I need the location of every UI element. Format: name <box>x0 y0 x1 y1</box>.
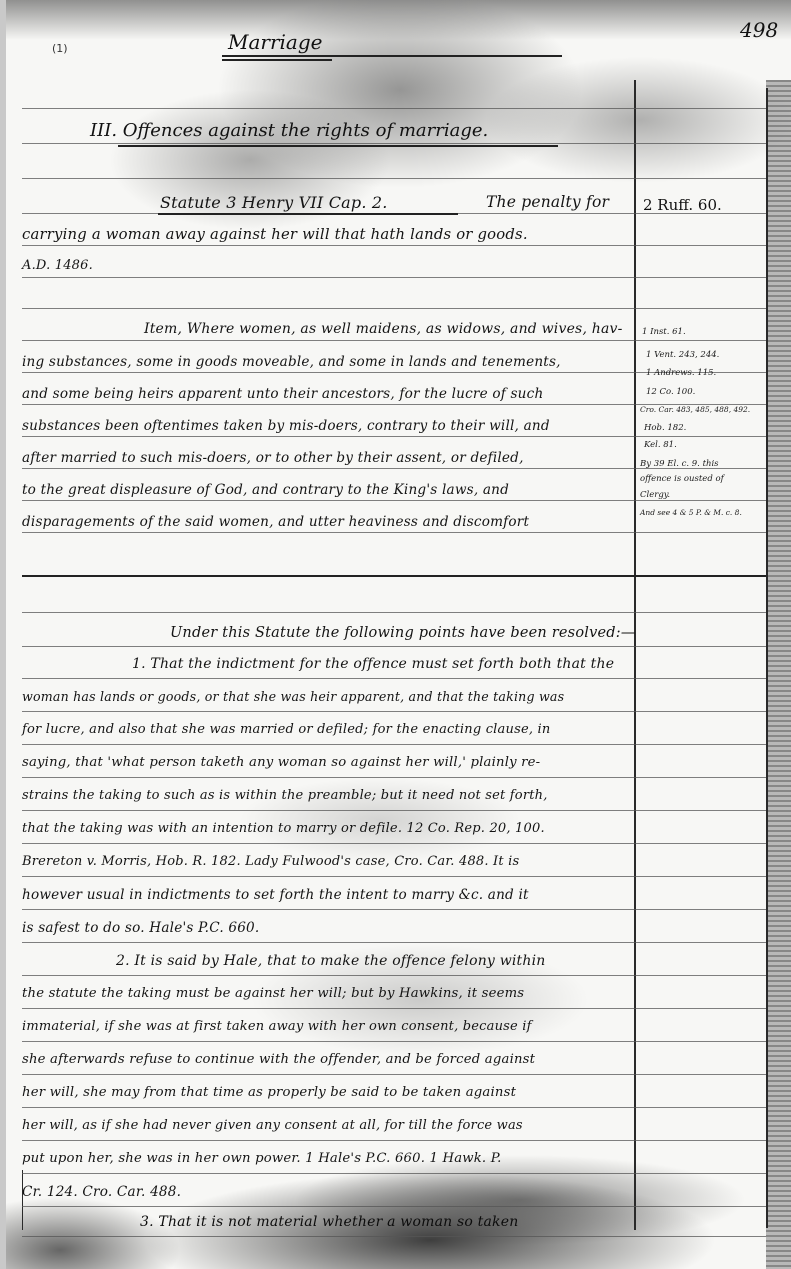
ruled-line <box>22 942 766 943</box>
margin-note: Kel. 81. <box>644 440 677 450</box>
body-line: the statute the taking must be against h… <box>22 986 524 1001</box>
statute-title: Statute 3 Henry VII Cap. 2. <box>160 193 388 212</box>
ruled-line <box>22 277 766 278</box>
page-number: 498 <box>740 18 778 42</box>
body-line: her will, she may from that time as prop… <box>22 1085 516 1100</box>
title-underline-short <box>222 59 332 61</box>
margin-citation-ruff: 2 Ruff. 60. <box>643 196 722 214</box>
ruled-line <box>22 909 766 910</box>
statute-date: A.D. 1486. <box>22 258 93 273</box>
left-margin-rule <box>22 1170 23 1230</box>
margin-note: By 39 El. c. 9. this <box>640 459 719 469</box>
scan-left-edge <box>0 0 6 1269</box>
margin-rule-left <box>634 80 636 1230</box>
ruled-line <box>22 876 766 877</box>
ruled-line <box>22 612 766 613</box>
body-line: however usual in indictments to set fort… <box>22 887 529 903</box>
body-line: Cr. 124. Cro. Car. 488. <box>22 1184 181 1200</box>
section-divider <box>22 575 766 577</box>
ruled-line <box>22 436 766 437</box>
margin-rule-right <box>766 88 768 1228</box>
body-line: woman has lands or goods, or that she wa… <box>22 689 564 704</box>
ruled-line <box>22 178 766 179</box>
ruled-line <box>22 1008 766 1009</box>
body-line: her will, as if she had never given any … <box>22 1118 523 1133</box>
page-edge-shadow <box>766 80 791 1269</box>
ruled-line <box>22 245 766 246</box>
body-line: is safest to do so. Hale's P.C. 660. <box>22 920 259 936</box>
heading-underline <box>118 145 558 147</box>
margin-note: Hob. 182. <box>644 423 686 433</box>
preamble-line: after married to such mis-doers, or to o… <box>22 450 524 466</box>
body-line: saying, that 'what person taketh any wom… <box>22 755 540 770</box>
body-line: Brereton v. Morris, Hob. R. 182. Lady Fu… <box>22 854 519 869</box>
body-line: 3. That it is not material whether a wom… <box>140 1214 518 1230</box>
margin-note: And see 4 & 5 P. & M. c. 8. <box>640 508 742 517</box>
body-line: strains the taking to such as is within … <box>22 788 548 803</box>
preamble-line: ing substances, some in goods moveable, … <box>22 354 561 370</box>
ruled-line <box>22 1074 766 1075</box>
preamble-line: substances been oftentimes taken by mis-… <box>22 418 550 434</box>
ruled-line <box>22 810 766 811</box>
ruled-line <box>22 1206 766 1207</box>
preamble-line: and some being heirs apparent unto their… <box>22 386 543 402</box>
ruled-line <box>22 1041 766 1042</box>
ruled-line <box>22 1140 766 1141</box>
body-line: for lucre, and also that she was married… <box>22 722 550 737</box>
margin-note: offence is ousted of <box>640 474 724 484</box>
manuscript-page: (1) Marriage 498 III. Offences against t… <box>0 0 791 1269</box>
statute-summary-start: The penalty for <box>486 193 609 211</box>
ruled-line <box>22 143 766 144</box>
ruled-line <box>22 1107 766 1108</box>
ruled-line <box>22 340 766 341</box>
ruled-line <box>22 1173 766 1174</box>
body-line: she afterwards refuse to continue with t… <box>22 1052 535 1067</box>
section-heading: III. Offences against the rights of marr… <box>90 120 488 141</box>
ruled-line <box>22 975 766 976</box>
ruled-line <box>22 1236 766 1237</box>
statute-summary-line2: carrying a woman away against her will t… <box>22 226 528 243</box>
statute-underline <box>158 213 458 215</box>
ruled-line <box>22 108 766 109</box>
body-line: that the taking was with an intention to… <box>22 821 545 836</box>
body-line: 2. It is said by Hale, that to make the … <box>116 953 546 969</box>
ruled-line <box>22 843 766 844</box>
margin-note: Clergy. <box>640 490 670 500</box>
ruled-line <box>22 777 766 778</box>
ruled-line <box>22 744 766 745</box>
ruled-line <box>22 711 766 712</box>
body-line: 1. That the indictment for the offence m… <box>132 656 614 672</box>
corner-mark: (1) <box>52 42 68 55</box>
margin-note: 1 Andrews. 115. <box>646 368 716 378</box>
resolutions-intro: Under this Statute the following points … <box>170 625 636 641</box>
preamble-line: to the great displeasure of God, and con… <box>22 482 509 498</box>
page-title: Marriage <box>228 30 322 54</box>
margin-note: 12 Co. 100. <box>646 387 695 397</box>
preamble-line: Item, Where women, as well maidens, as w… <box>144 321 623 337</box>
ruled-line <box>22 646 766 647</box>
ruled-line <box>22 500 766 501</box>
preamble-line: disparagements of the said women, and ut… <box>22 514 529 530</box>
margin-note: Cro. Car. 483, 485, 488, 492. <box>640 405 750 414</box>
margin-note: 1 Inst. 61. <box>642 327 686 337</box>
body-line: immaterial, if she was at first taken aw… <box>22 1019 532 1034</box>
ruled-line <box>22 308 766 309</box>
ruled-line <box>22 532 766 533</box>
body-line: put upon her, she was in her own power. … <box>22 1151 502 1166</box>
margin-note: 1 Vent. 243, 244. <box>646 350 719 360</box>
ruled-line <box>22 678 766 679</box>
title-underline <box>222 55 562 57</box>
